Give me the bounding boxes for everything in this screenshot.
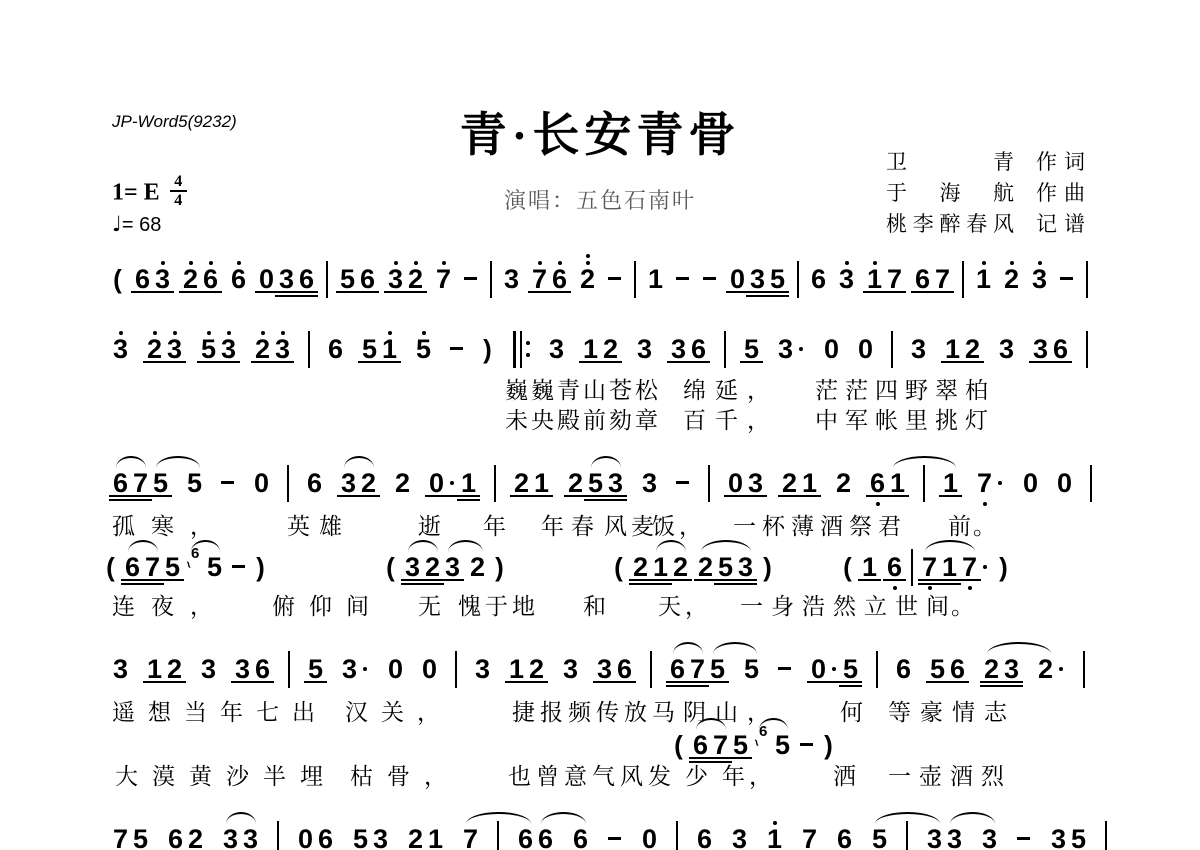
note: 6 <box>124 552 141 582</box>
note-group: 21 <box>407 824 444 850</box>
music-line: (632660365632737621035631767123 <box>112 264 1088 294</box>
repeat-bar <box>513 331 516 368</box>
note-group: 675 <box>692 730 749 761</box>
note: 3 <box>737 552 754 582</box>
note-group: 3 <box>838 264 855 295</box>
slur-arc <box>591 456 621 468</box>
octave-dot-above <box>773 821 777 825</box>
note: 3 <box>242 824 259 850</box>
note-group: 63 <box>134 264 171 295</box>
note: 5 <box>132 824 149 850</box>
note-group: 21 <box>513 468 550 499</box>
note-group: 6 <box>836 824 853 850</box>
note-group: 0 <box>641 824 658 850</box>
lyric-segment: 也曾意气风发 <box>508 758 676 791</box>
note-group: 5 <box>415 334 432 365</box>
note-group: 3 <box>200 654 217 685</box>
note: 3 <box>981 824 998 850</box>
augmentation-dot <box>448 468 457 498</box>
note: 6 <box>696 824 713 850</box>
lyric-line: 遥想当年七出汉关，捷报频传放马阴山，何等豪情志 <box>0 694 1200 724</box>
note-group: 3 <box>112 654 129 685</box>
note: 1 <box>861 552 878 582</box>
note: 6 <box>895 654 912 684</box>
note: 3 <box>998 334 1015 364</box>
octave-dot-above <box>281 331 285 335</box>
barline <box>634 261 636 298</box>
slur-arc <box>541 812 586 824</box>
beam-underline <box>604 495 627 497</box>
note-group: 6 <box>230 264 247 295</box>
credit-name: 于海航 <box>886 177 1014 207</box>
beam-underline <box>883 579 906 581</box>
slur-arc <box>344 456 374 468</box>
note: 6 <box>692 730 709 760</box>
octave-dot-above <box>1010 261 1014 265</box>
note-group: 3 <box>641 468 658 499</box>
note: 5 <box>587 468 604 498</box>
sustain-dash <box>449 334 465 364</box>
note-group: 53 <box>352 824 389 850</box>
note: 3 <box>112 334 129 364</box>
note-group: 3 <box>562 654 579 685</box>
note: 2 <box>964 334 981 364</box>
note-group: 56 <box>929 654 966 685</box>
music-line: (6756~5) <box>673 730 842 760</box>
note: 2 <box>1037 654 1054 684</box>
note-group: 66 <box>517 824 554 850</box>
note-group: 06 <box>297 824 334 850</box>
note: 2 <box>166 654 183 684</box>
augmentation-dot <box>1057 654 1066 684</box>
slur-arc <box>448 540 483 552</box>
note-group: 03 <box>727 468 764 499</box>
note-group: 1 <box>861 552 878 583</box>
slur-arc <box>987 642 1051 654</box>
lyric-segment: 百千， <box>683 402 779 435</box>
note: 2 <box>407 264 424 294</box>
beam-underline <box>734 579 757 581</box>
barline <box>308 331 310 368</box>
note: 7 <box>132 468 149 498</box>
note: 5 <box>415 334 432 364</box>
note: 5 <box>339 264 356 294</box>
beam-underline <box>931 291 954 293</box>
octave-dot-above <box>558 261 562 265</box>
beam-underline <box>1000 685 1023 687</box>
note: 3 <box>641 468 658 498</box>
note-group: 5 <box>307 654 324 685</box>
beam-underline <box>441 579 464 581</box>
barline <box>1086 331 1088 368</box>
sheet-music-page: JP-Word5(9232) 青·长安青骨 演唱：五色石南叶 卫青作词 于海航作… <box>0 0 1200 850</box>
note: 3 <box>220 334 237 364</box>
meter-numerator: 4 <box>170 173 187 192</box>
note: 7 <box>712 730 729 760</box>
note: 6 <box>572 824 589 850</box>
note: 1 <box>942 468 959 498</box>
credit-role: 记谱 <box>1036 208 1092 238</box>
note-group: 75 <box>112 824 149 850</box>
octave-dot-above <box>873 261 877 265</box>
note: 2 <box>146 334 163 364</box>
lyric-line: 孤寒，英雄逝年年春风麦饭，一杯薄酒祭君前。 <box>0 508 1200 538</box>
note-group: 675 <box>124 552 181 583</box>
note-group: 5 <box>186 468 203 499</box>
beam-underline <box>938 583 961 585</box>
note-group: 035 <box>729 264 786 295</box>
octave-dot-above <box>422 331 426 335</box>
slur-arc <box>925 540 975 552</box>
note-group: 3 <box>341 654 370 685</box>
note: 6 <box>836 824 853 850</box>
beam-underline <box>839 681 862 683</box>
barline <box>277 821 279 850</box>
note: 1 <box>460 468 477 498</box>
parenthesis: ) <box>255 552 266 582</box>
barline <box>455 651 457 688</box>
note: 1 <box>533 468 550 498</box>
lyric-segment: 无 <box>418 588 441 621</box>
note-group: 3 <box>636 334 653 365</box>
note: 1 <box>801 468 818 498</box>
credits-block: 卫青作词 于海航作曲 桃李醉春风记谱 <box>886 146 1092 239</box>
octave-dot-above <box>845 261 849 265</box>
note: 7 <box>934 264 951 294</box>
octave-dot-above <box>414 261 418 265</box>
note-group: 675 <box>669 654 726 685</box>
augmentation-dot <box>981 552 990 582</box>
note-group: 212 <box>632 552 689 583</box>
barline <box>708 465 710 502</box>
sustain-dash <box>1059 264 1075 294</box>
note: 2 <box>394 468 411 498</box>
note: 5 <box>743 654 760 684</box>
barline <box>797 261 799 298</box>
note-group: 5 <box>743 334 760 365</box>
lyric-segment: 枯骨， <box>350 758 461 791</box>
lyric-segment: 少 <box>685 758 708 791</box>
note: 5 <box>732 730 749 760</box>
note: 3 <box>1031 264 1048 294</box>
note-group: 3 <box>998 334 1015 365</box>
augmentation-dot <box>830 654 839 684</box>
slide-squiggle: ~ <box>180 558 197 571</box>
beam-underline <box>163 681 186 683</box>
music-line: 3123365300312336675505656232 <box>112 654 1102 684</box>
note-group: 51 <box>361 334 398 365</box>
note-group: 717 <box>921 552 990 583</box>
barline <box>1105 821 1107 850</box>
note-group: 12 <box>146 654 183 685</box>
note: 2 <box>672 552 689 582</box>
note: 3 <box>607 468 624 498</box>
barline <box>494 465 496 502</box>
note-group: 6 <box>886 552 903 583</box>
note: 2 <box>469 552 486 582</box>
credit-role: 作词 <box>1036 146 1092 176</box>
note: 5 <box>871 824 888 850</box>
slur-arc <box>875 812 940 824</box>
slur-arc <box>116 456 146 468</box>
note: 5 <box>743 334 760 364</box>
note-group: 0 <box>253 468 270 499</box>
beam-underline <box>271 361 294 363</box>
note-group: 12 <box>944 334 981 365</box>
note-group: 23 <box>146 334 183 365</box>
note-group: 7 <box>462 824 479 850</box>
lyric-segment: 英雄 <box>287 508 351 541</box>
note-group: 36 <box>670 334 707 365</box>
note: 5 <box>352 824 369 850</box>
note-group: 12 <box>508 654 545 685</box>
augmentation-dot <box>797 334 806 364</box>
music-line: (16717) <box>842 552 1017 582</box>
note-group: 76 <box>531 264 568 295</box>
beam-underline <box>883 291 906 293</box>
barline <box>650 651 652 688</box>
barline <box>676 821 678 850</box>
lyric-segment: 阴山， <box>683 694 779 727</box>
note-group: 7 <box>435 264 452 295</box>
note: 5 <box>200 334 217 364</box>
barline <box>724 331 726 368</box>
note-group: 1 <box>942 468 959 499</box>
note: 7 <box>976 468 993 498</box>
beam-underline <box>149 495 172 497</box>
note-group: 2 <box>1003 264 1020 295</box>
note: 5 <box>152 468 169 498</box>
octave-dot-above <box>538 261 542 265</box>
note-group: 23 <box>983 654 1020 685</box>
parenthesis: ( <box>613 552 624 582</box>
note-group: 0 <box>1056 468 1073 499</box>
beam-underline <box>686 685 709 687</box>
note: 6 <box>134 264 151 294</box>
lyric-segment: 年春 <box>541 508 601 541</box>
time-signature: 44 <box>170 173 187 209</box>
note: 1 <box>941 552 958 582</box>
note: 1 <box>866 264 883 294</box>
note-group: 323 <box>404 552 461 583</box>
lyric-segment: 未央殿前劾章 <box>505 402 661 435</box>
beam-underline <box>886 495 909 497</box>
parenthesis: ) <box>823 730 834 760</box>
beam-underline <box>687 361 710 363</box>
note: 6 <box>167 824 184 850</box>
lyric-segment: 前。 <box>948 508 998 541</box>
beam-underline <box>525 681 548 683</box>
parenthesis: ) <box>482 334 493 364</box>
note: 1 <box>944 334 961 364</box>
barline <box>490 261 492 298</box>
note: 5 <box>206 552 223 582</box>
lyric-segment: 遥想当年七出 <box>112 694 328 727</box>
note: 6 <box>254 654 271 684</box>
beam-underline <box>378 361 401 363</box>
slide-squiggle: ~ <box>748 736 765 749</box>
note: 7 <box>921 552 938 582</box>
note: 2 <box>983 654 1000 684</box>
beam-underline <box>304 681 327 683</box>
note-group: 1 <box>975 264 992 295</box>
beam-underline <box>766 291 789 293</box>
note: 3 <box>749 264 766 294</box>
note: 6 <box>616 654 633 684</box>
octave-dot-above <box>173 331 177 335</box>
lyric-segment: 巍巍青山苍松 <box>505 372 661 405</box>
lyric-segment: 年 <box>483 508 506 541</box>
slur-arc <box>950 812 995 824</box>
note-group: 3 <box>112 334 129 365</box>
note: 3 <box>670 334 687 364</box>
note-group: 6 <box>810 264 827 295</box>
note: 1 <box>647 264 664 294</box>
lyric-segment: 风麦 <box>604 508 658 541</box>
note: 3 <box>444 552 461 582</box>
quarter-note-icon: ♩ <box>112 212 122 236</box>
note: 1 <box>381 334 398 364</box>
note: 5 <box>774 730 791 760</box>
octave-dot-above <box>586 254 590 258</box>
credit-name: 卫青 <box>886 146 1014 176</box>
note-group: 6~5 <box>189 552 223 583</box>
note: 3 <box>1032 334 1049 364</box>
note: 2 <box>254 334 271 364</box>
note: 6 <box>327 334 344 364</box>
lyric-segment: 一杯薄酒祭君 <box>733 508 907 541</box>
note: 2 <box>187 824 204 850</box>
note: 5 <box>717 552 734 582</box>
beam-underline <box>357 495 380 497</box>
barline <box>326 261 328 298</box>
note: 6 <box>1052 334 1069 364</box>
credit-role: 作曲 <box>1036 177 1092 207</box>
note: 0 <box>387 654 404 684</box>
octave-dot-above <box>982 261 986 265</box>
note: 3 <box>200 654 217 684</box>
note: 2 <box>528 654 545 684</box>
note: 3 <box>166 334 183 364</box>
note: 5 <box>361 334 378 364</box>
grace-note: 6~ <box>189 552 203 582</box>
beam-underline <box>798 495 821 497</box>
music-line: 7562330653217666063176533335 <box>112 824 1125 850</box>
lyric-segment: 一身浩然立世 <box>740 588 926 621</box>
note-group: 6 <box>895 654 912 685</box>
beam-underline <box>669 579 692 581</box>
note: 3 <box>404 552 421 582</box>
beam-underline <box>421 583 444 585</box>
beam-underline <box>457 495 480 497</box>
note: 3 <box>154 264 171 294</box>
beam-underline <box>141 583 164 585</box>
note-group: 3 <box>1031 264 1048 295</box>
note-group: 12 <box>582 334 619 365</box>
note: 2 <box>360 468 377 498</box>
note: 0 <box>258 264 275 294</box>
note: 3 <box>278 264 295 294</box>
note: 3 <box>372 824 389 850</box>
key-signature: 1= E44 <box>112 176 187 212</box>
lyric-segment: 愧于地 <box>458 588 539 621</box>
octave-dot-above <box>442 261 446 265</box>
note-group: 2 <box>469 552 486 583</box>
note-group: 6 <box>572 824 589 850</box>
note: 7 <box>144 552 161 582</box>
beam-underline <box>129 499 152 501</box>
note-group: 1 <box>766 824 783 850</box>
tempo-marking: ♩= 68 <box>112 212 161 237</box>
note: 3 <box>474 654 491 684</box>
parenthesis: ) <box>494 552 505 582</box>
note: 0 <box>297 824 314 850</box>
note-group: 3 <box>910 334 927 365</box>
note-group: 32 <box>387 264 424 295</box>
note: 2 <box>407 824 424 850</box>
octave-dot-above <box>207 331 211 335</box>
note: 3 <box>747 468 764 498</box>
note-group: 5 <box>871 824 888 850</box>
octave-dot-above <box>161 261 165 265</box>
octave-dot-above <box>189 261 193 265</box>
note: 5 <box>1070 824 1087 850</box>
note-group: 32 <box>340 468 377 499</box>
beam-underline <box>404 291 427 293</box>
lyric-segment: 一壶酒烈 <box>888 758 1012 791</box>
note: 2 <box>1003 264 1020 294</box>
note: 0 <box>823 334 840 364</box>
music-line: (3232) <box>385 552 513 582</box>
note: 1 <box>582 334 599 364</box>
note-group: 62 <box>167 824 204 850</box>
note: 6 <box>230 264 247 294</box>
note-group: 2 <box>579 264 596 295</box>
note-group: 036 <box>258 264 315 295</box>
note: 3 <box>548 334 565 364</box>
note: 7 <box>462 824 479 850</box>
barline <box>876 651 878 688</box>
repeat-dot <box>526 353 530 357</box>
octave-dot-above <box>227 331 231 335</box>
note-group: 33 <box>222 824 259 850</box>
note-group: 36 <box>234 654 271 685</box>
note: 5 <box>929 654 946 684</box>
parenthesis: ( <box>842 552 853 582</box>
sustain-dash <box>702 264 718 294</box>
note-group: 7 <box>976 468 1005 499</box>
octave-dot-below <box>876 502 880 506</box>
note-group: 3 <box>503 264 520 295</box>
lyric-segment: 汉关， <box>345 694 453 727</box>
beam-underline <box>295 291 318 293</box>
note-group: 1 <box>647 264 664 295</box>
augmentation-dot <box>996 468 1005 498</box>
note-group: 6 <box>696 824 713 850</box>
note: 6 <box>869 468 886 498</box>
lyric-segment: 何 <box>840 694 863 727</box>
note-group: 5 <box>743 654 760 685</box>
octave-dot-above <box>394 261 398 265</box>
lyric-segment: 中军帐里挑灯 <box>815 402 995 435</box>
credit-transcriber: 桃李醉春风记谱 <box>886 208 1092 239</box>
parenthesis: ( <box>105 552 116 582</box>
note-group: 0 <box>857 334 874 365</box>
note-group: 36 <box>596 654 633 685</box>
note: 6 <box>112 468 129 498</box>
grace-note: 6~ <box>757 730 771 760</box>
tempo-value: = 68 <box>122 214 161 236</box>
